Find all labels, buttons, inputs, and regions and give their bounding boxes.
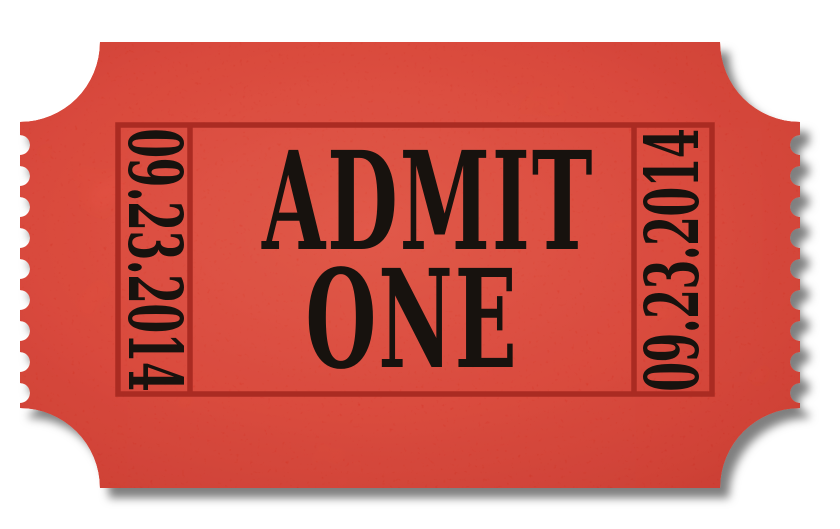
right-stub-date: 09.23.2014 — [637, 110, 709, 410]
one-line: ONE — [262, 261, 562, 379]
admit-one-ticket: 09.23.2014 ADMIT ONE 09.23.2014 — [0, 0, 840, 529]
right-date-text: 09.23.2014 — [630, 128, 716, 391]
left-stub-date: 09.23.2014 — [118, 110, 190, 410]
left-date-text: 09.23.2014 — [111, 129, 197, 392]
admit-one-text: ADMIT ONE — [262, 143, 562, 379]
